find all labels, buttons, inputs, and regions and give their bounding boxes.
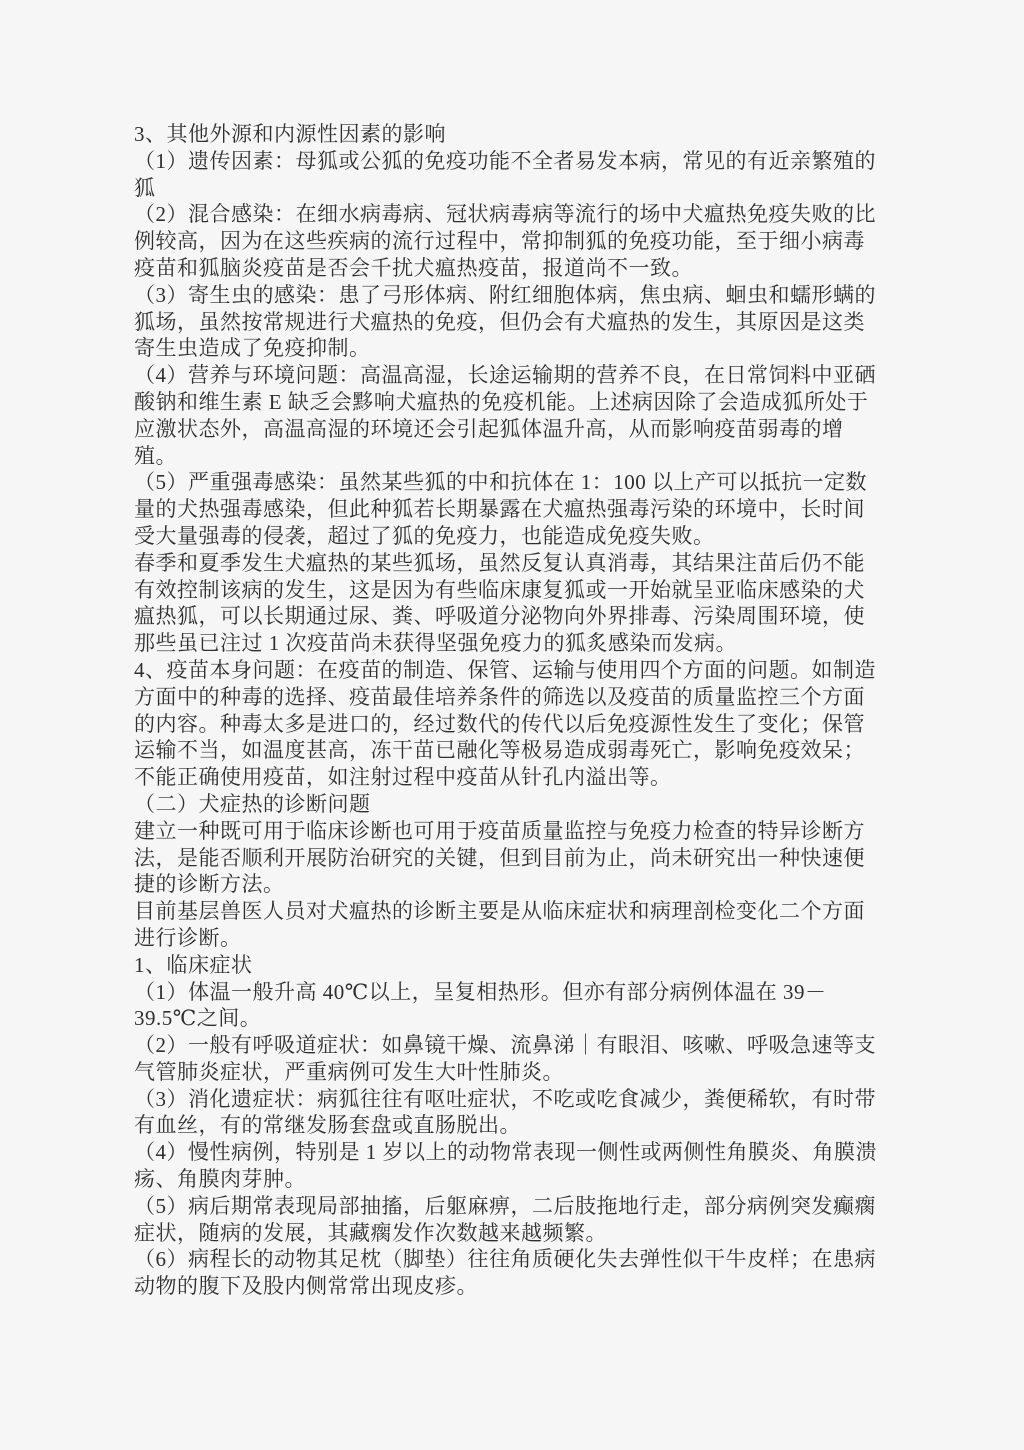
text-line: 受大量强毒的侵袭，超过了狐的免疫力，也能造成免疫失败。: [134, 523, 890, 550]
text-line: 殖。: [134, 443, 890, 470]
text-line: 4、疫苗本身问题：在疫苗的制造、保管、运输与使用四个方面的问题。如制造: [134, 657, 890, 684]
text-line: 例较高，因为在这些疾病的流行过程中，常抑制狐的免疫功能，至于细小病毒: [134, 228, 890, 255]
document-text: 3、其他外源和内源性因素的影响（1）遗传因素：母狐或公狐的免疫功能不全者易发本病…: [134, 121, 890, 1300]
text-line: 法，是能否顺利开展防治研究的关键，但到目前为止，尚未研究出一种快速便: [134, 845, 890, 872]
text-line: 有血丝，有的常继发肠套盘或直肠脱出。: [134, 1112, 890, 1139]
text-line: 疫苗和狐脑炎疫苗是否会千扰犬瘟热疫苗，报道尚不一致。: [134, 255, 890, 282]
text-line: 春季和夏季发生犬瘟热的某些狐场，虽然反复认真消毒，其结果注苗后仍不能: [134, 550, 890, 577]
text-line: 39.5℃之间。: [134, 1005, 890, 1032]
text-line: （5）严重强毒感染：虽然某些狐的中和抗体在 1：100 以上产可以抵抗一定数: [134, 469, 890, 496]
text-line: （3）寄生虫的感染：患了弓形体病、附红细胞体病，焦虫病、蛔虫和蠕形螨的: [134, 282, 890, 309]
text-line: 有效控制该病的发生，这是因为有些临床康复狐或一开始就呈亚临床感染的犬: [134, 577, 890, 604]
text-line: 疡、角膜肉芽肿。: [134, 1166, 890, 1193]
text-line: 酸钠和维生素 E 缺乏会黟响犬瘟热的免疫机能。上述病因除了会造成狐所处于: [134, 389, 890, 416]
text-line: （5）病后期常表现局部抽搐，后躯麻痹，二后肢拖地行走，部分病例突发癫瘸: [134, 1193, 890, 1220]
text-line: 狐: [134, 175, 890, 202]
text-line: （4）慢性病例，特别是 1 岁以上的动物常表现一侧性或两侧性角膜炎、角膜溃: [134, 1139, 890, 1166]
text-line: 狐场，虽然按常规进行犬瘟热的免疫，但仍会有犬瘟热的发生，其原因是这类: [134, 309, 890, 336]
text-line: （2）一般有呼吸道症状：如鼻镜干燥、流鼻涕｜有眼泪、咳嗽、呼吸急速等支: [134, 1032, 890, 1059]
text-line: （1）遗传因素：母狐或公狐的免疫功能不全者易发本病，常见的有近亲繁殖的: [134, 148, 890, 175]
text-line: 捷的诊断方法。: [134, 871, 890, 898]
text-line: 3、其他外源和内源性因素的影响: [134, 121, 890, 148]
text-line: 1、临床症状: [134, 952, 890, 979]
text-line: 寄生虫造成了免疫抑制。: [134, 335, 890, 362]
text-line: 方面中的种毒的选择、疫苗最佳培养条件的筛选以及疫苗的质量监控三个方面: [134, 684, 890, 711]
text-line: 建立一种既可用于临床诊断也可用于疫苗质量监控与免疫力检查的特异诊断方: [134, 818, 890, 845]
text-line: 应激状态外，高温高湿的环境还会引起狐体温升高，从而影响疫苗弱毒的增: [134, 416, 890, 443]
text-line: （二）犬症热的诊断问题: [134, 791, 890, 818]
text-line: （6）病程长的动物其足枕（脚垫）往往角质硬化失去弹性似干牛皮样；在患病: [134, 1246, 890, 1273]
text-line: （3）消化遗症状：病狐往往有呕吐症状，不吃或吃食减少，粪便稀软，有时带: [134, 1086, 890, 1113]
text-line: 不能正确使用疫苗，如注射过程中疫苗从针孔内溢出等。: [134, 764, 890, 791]
text-line: 进行诊断。: [134, 925, 890, 952]
text-line: （1）体温一般升高 40℃以上，呈复相热形。但亦有部分病例体温在 39－: [134, 979, 890, 1006]
text-line: 瘟热狐，可以长期通过尿、粪、呼吸道分泌物向外界排毒、污染周围环境，使: [134, 603, 890, 630]
text-line: 那些虽已注过 1 次疫苗尚未获得坚强免疫力的狐炙感染而发病。: [134, 630, 890, 657]
text-line: （4）营养与环境问题：高温高湿，长途运输期的营养不良，在日常饲料中亚硒: [134, 362, 890, 389]
text-line: （2）混合感染：在细水病毒病、冠状病毒病等流行的场中犬瘟热免疫失败的比: [134, 201, 890, 228]
text-line: 运输不当，如温度甚高，冻干苗已融化等极易造成弱毒死亡，影响免疫效呆；: [134, 737, 890, 764]
text-line: 量的犬热强毒感染，但此种狐若长期暴露在犬瘟热强毒污染的环境中，长时间: [134, 496, 890, 523]
text-line: 的内容。种毒太多是进口的，经过数代的传代以后免疫源性发生了变化；保管: [134, 711, 890, 738]
text-line: 动物的腹下及股内侧常常出现皮疹。: [134, 1273, 890, 1300]
document-page: 3、其他外源和内源性因素的影响（1）遗传因素：母狐或公狐的免疫功能不全者易发本病…: [0, 0, 1024, 1450]
text-line: 目前基层兽医人员对犬瘟热的诊断主要是从临床症状和病理剖检变化二个方面: [134, 898, 890, 925]
text-line: 症状，随病的发展，其藏瘸发作次数越来越频繁。: [134, 1220, 890, 1247]
text-line: 气管肺炎症状，严重病例可发生大叶性肺炎。: [134, 1059, 890, 1086]
